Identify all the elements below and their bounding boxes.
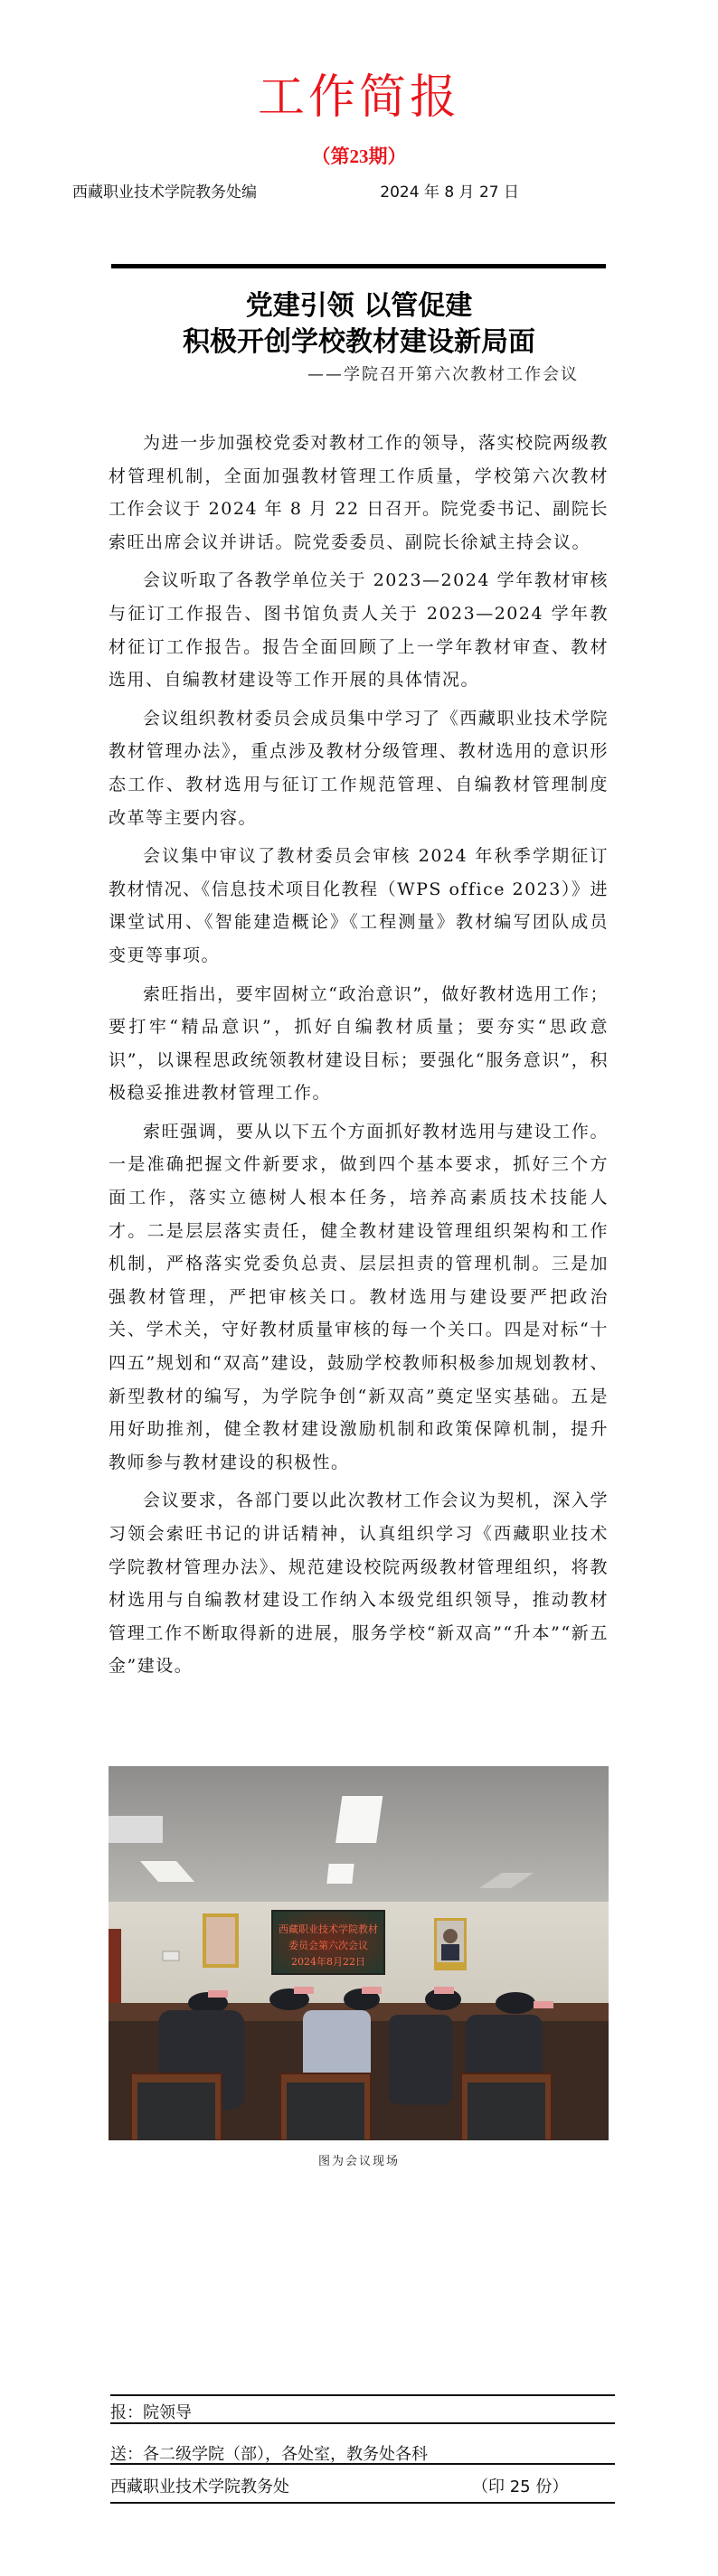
points-intro: 索旺强调，要从以下五个方面抓好教材选用与建设工作。 [143,1122,609,1142]
point-marker-3: 三是 [552,1254,590,1274]
headline-line-1: 党建引领 以管促建 [0,287,718,325]
paragraph-6-five-points: 索旺强调，要从以下五个方面抓好教材选用与建设工作。一是准确把握文件新要求，做到四… [109,1115,609,1480]
svg-text:委员会第六次会议: 委员会第六次会议 [288,1939,368,1951]
paragraph-1: 为进一步加强校党委对教材工作的领导，落实校院两级教材管理机制，全面加强教材管理工… [109,427,609,559]
subheadline: ——学院召开第六次教材工作会议 [307,362,579,385]
paragraph-4: 会议集中审议了教材委员会审核 2024 年秋季学期征订教材情况、《信息技术项目化… [109,840,609,972]
point-marker-2: 二是 [147,1221,186,1241]
report-to: 报：院领导 [110,2400,192,2423]
meeting-photo: 西藏职业技术学院教材 委员会第六次会议 2024年8月22日 [109,1766,609,2140]
point-text-5: 用好助推剂，健全教材建设激励机制和政策保障机制，提升教师参与教材建设的积极性。 [109,1419,609,1472]
issuing-office: 西藏职业技术学院教务处 [110,2474,289,2497]
footer-rule-4 [110,2502,615,2504]
point-marker-4: 四是 [505,1320,543,1340]
paragraph-3: 会议组织教材委员会成员集中学习了《西藏职业技术学院教材管理办法》，重点涉及教材分… [109,702,609,834]
masthead-divider [111,264,606,268]
paragraph-2: 会议听取了各教学单位关于 2023—2024 学年教材审核与征订工作报告、图书馆… [109,564,609,696]
issue-number: （第23期） [0,142,718,169]
print-copies: （印 25 份） [472,2474,568,2497]
paragraph-7: 会议要求，各部门要以此次教材工作会议为契机，深入学习领会索旺书记的讲话精神，认真… [109,1484,609,1683]
footer-rule-2 [110,2422,615,2424]
svg-text:西藏职业技术学院教材: 西藏职业技术学院教材 [279,1923,378,1935]
masthead-title: 工作简报 [0,71,718,125]
issue-date: 2024 年 8 月 27 日 [380,179,519,202]
svg-text:2024年8月22日: 2024年8月22日 [291,1955,365,1968]
footer-rule-1 [110,2394,615,2396]
point-marker-1: 一是 [109,1154,147,1174]
paragraph-5: 索旺指出，要牢固树立“政治意识”，做好教材选用工作；要打牢“精品意识”，抓好自编… [109,978,609,1110]
photo-caption: 图为会议现场 [0,2151,718,2168]
footer-rule-3 [110,2463,615,2465]
send-to: 送：各二级学院（部），各处室，教务处各科 [110,2441,428,2465]
article-body: 为进一步加强校党委对教材工作的领导，落实校院两级教材管理机制，全面加强教材管理工… [109,427,609,1688]
headline-line-2: 积极开创学校教材建设新局面 [0,324,718,362]
issuer: 西藏职业技术学院教务处编 [72,179,257,202]
point-marker-5: 五是 [571,1387,609,1406]
